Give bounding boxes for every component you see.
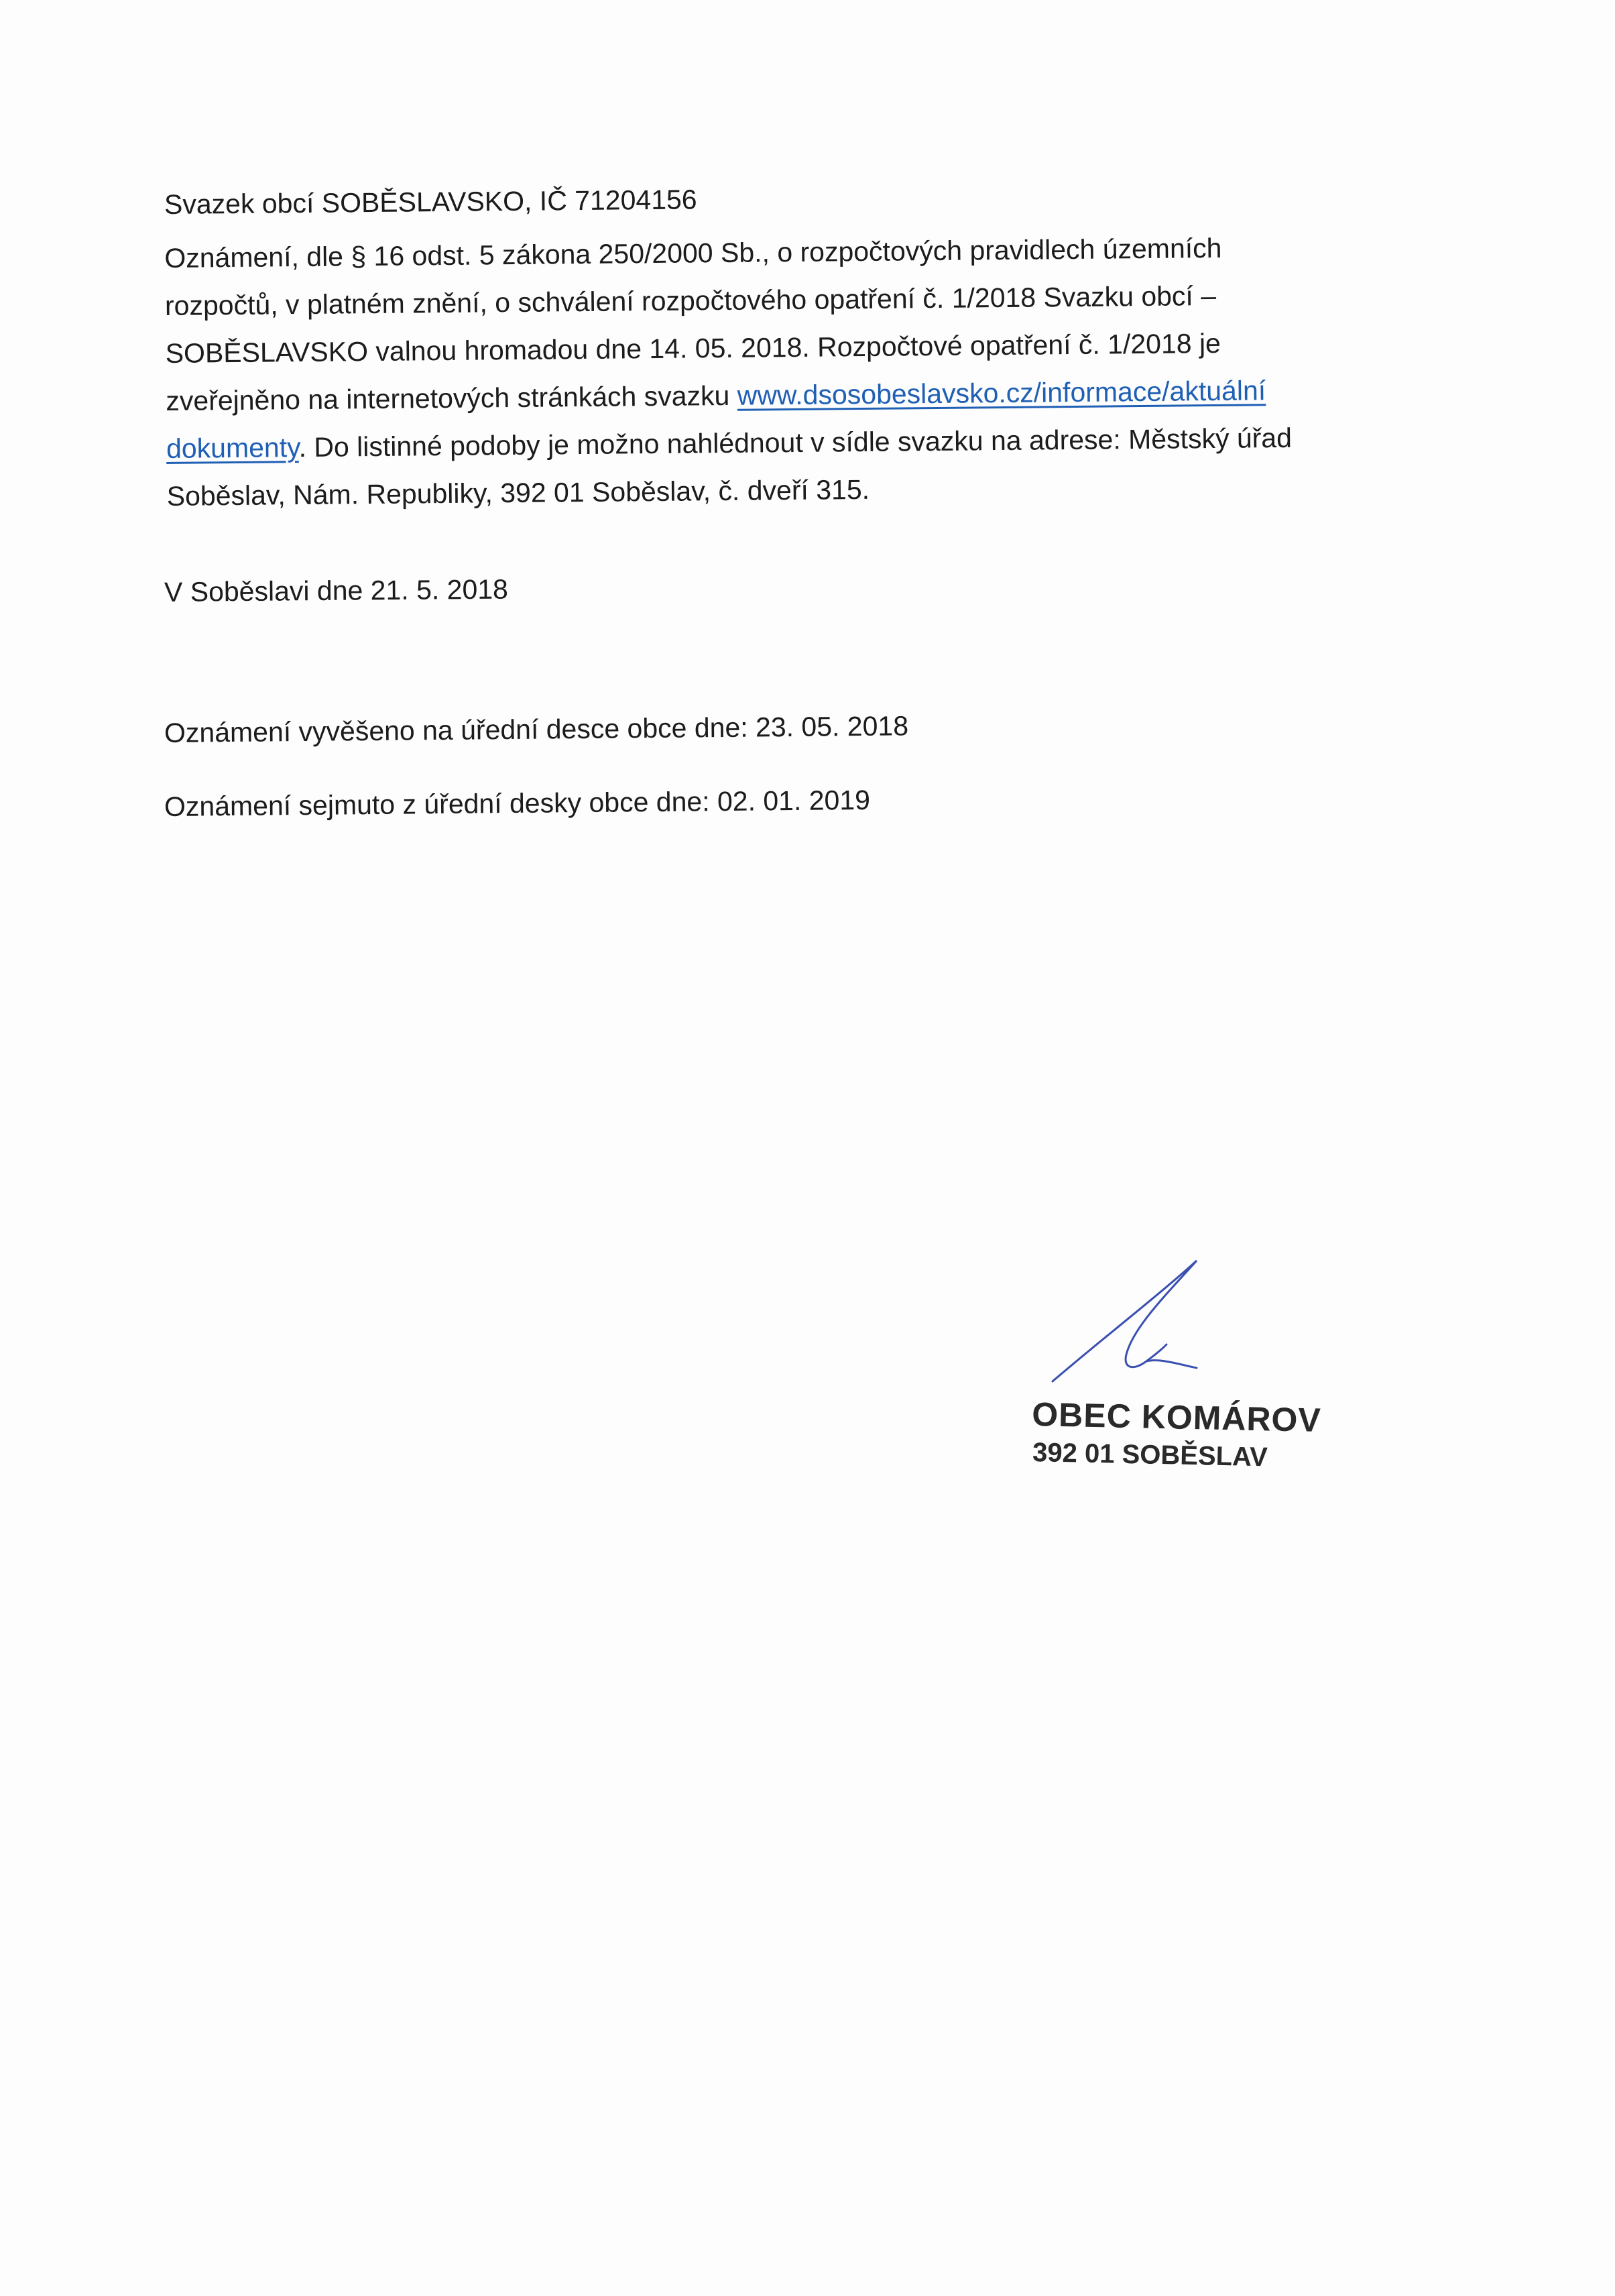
body-text: rozpočtů, v platném znění, o schválení r… — [165, 280, 1216, 321]
place-and-date: V Soběslavi dne 21. 5. 2018 — [164, 574, 508, 608]
body-text: zveřejněno na internetových stránkách sv… — [166, 380, 737, 416]
body-text: Oznámení, dle § 16 odst. 5 zákona 250/20… — [164, 233, 1222, 274]
website-link[interactable]: www.dsosobeslavsko.cz/informace/aktuální — [737, 375, 1266, 411]
body-text: SOBĚSLAVSKO valnou hromadou dne 14. 05. … — [165, 328, 1221, 369]
announcement-body: Oznámení, dle § 16 odst. 5 zákona 250/20… — [164, 223, 1441, 520]
handwritten-signature-icon — [1046, 1254, 1267, 1388]
municipality-stamp: OBEC KOMÁROV 392 01 SOBĚSLAV — [1031, 1395, 1322, 1474]
stamp-line-1: OBEC KOMÁROV — [1032, 1395, 1322, 1440]
removed-date-note: Oznámení sejmuto z úřední desky obce dne… — [164, 785, 870, 823]
document-header: Svazek obcí SOBĚSLAVSKO, IČ 71204156 — [164, 184, 697, 221]
stamp-line-2: 392 01 SOBĚSLAV — [1032, 1438, 1321, 1474]
body-text: Soběslav, Nám. Republiky, 392 01 Soběsla… — [167, 474, 870, 512]
body-text: . Do listinné podoby je možno nahlédnout… — [298, 422, 1292, 463]
scanned-page: Svazek obcí SOBĚSLAVSKO, IČ 71204156 Ozn… — [0, 0, 1615, 2296]
website-link-continued[interactable]: dokumenty — [166, 432, 299, 464]
posted-date-note: Oznámení vyvěšeno na úřední desce obce d… — [164, 710, 908, 749]
